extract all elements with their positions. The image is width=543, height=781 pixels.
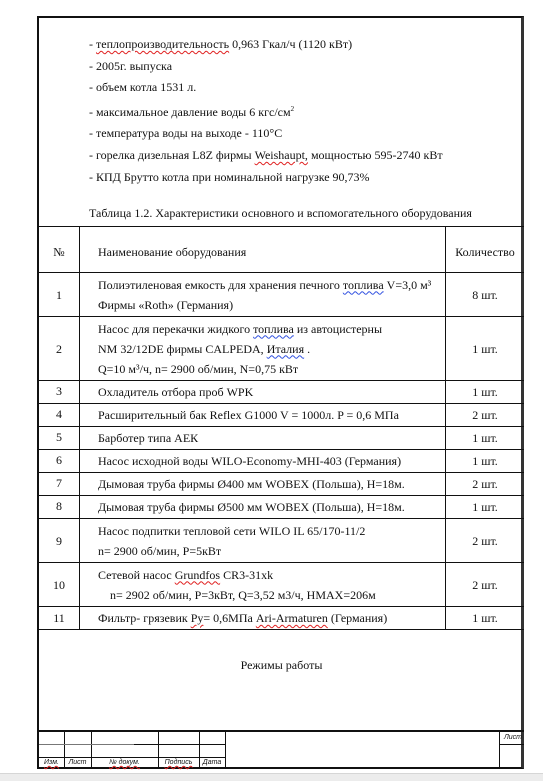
cell-quantity: 8 шт.: [446, 273, 525, 317]
bullet-dash: -: [89, 170, 96, 184]
bullet-dash: -: [89, 148, 96, 162]
cell-quantity: 2 шт.: [446, 563, 525, 607]
stamp-line: [39, 757, 225, 758]
table-header-row: № Наименование оборудования Количество: [39, 227, 524, 273]
cell-quantity: 1 шт.: [446, 381, 525, 404]
spec-text: 0,963 Гкал/ч (1120 кВт): [229, 37, 352, 51]
cell-equipment-name: Охладитель отбора проб WPK: [80, 381, 446, 404]
spec-item: - горелка дизельная L8Z фирмы Weishaupt,…: [89, 145, 443, 167]
table-caption: Таблица 1.2. Характеристики основного и …: [89, 206, 472, 221]
misspelled-word: Ari-Armaturen: [256, 611, 328, 625]
stamp-line: [499, 744, 524, 745]
bullet-dash: -: [89, 80, 96, 94]
stamp-label-doc-number: № докум.: [91, 759, 158, 766]
bullet-dash: -: [89, 59, 96, 73]
misspelled-word: Ру: [191, 611, 204, 625]
stamp-line: [39, 744, 134, 745]
cell-equipment-name: Дымовая труба фирмы Ø500 мм WOBEX (Польш…: [80, 496, 446, 519]
equipment-name-line: Сетевой насос Grundfos CR3-31xk: [98, 565, 445, 585]
cell-number: 11: [39, 607, 80, 630]
spec-text: объем котла 1531 л.: [96, 80, 196, 94]
stamp-sheet-number-label: Лист: [504, 734, 522, 741]
stamp-label-date: Дата: [199, 759, 225, 766]
stamp-label-change: Изм.: [39, 759, 64, 766]
spec-item: - 2005г. выпуска: [89, 56, 443, 78]
misspelled-word: Италия: [267, 342, 304, 356]
equipment-name-line: Фильтр- грязевик Ру= 0,6МПа Ari-Armature…: [98, 608, 445, 628]
cell-number: 4: [39, 404, 80, 427]
spec-item: - максимальное давление воды 6 кгс/см2: [89, 99, 443, 124]
superscript: 2: [291, 105, 295, 113]
boiler-specs-list: - теплопроизводительность 0,963 Гкал/ч (…: [89, 34, 443, 188]
cell-quantity: 1 шт.: [446, 427, 525, 450]
cell-number: 1: [39, 273, 80, 317]
header-name: Наименование оборудования: [80, 227, 446, 273]
cell-quantity: 1 шт.: [446, 317, 525, 381]
equipment-name-line: Насос подпитки тепловой сети WILO IL 65/…: [98, 521, 445, 541]
misspelled-word: топлива: [343, 278, 384, 292]
equipment-name-line: Насос для перекачки жидкого топлива из а…: [98, 319, 445, 339]
title-block: Изм. Лист № докум. Подпись Дата Лист: [39, 730, 524, 769]
cell-number: 3: [39, 381, 80, 404]
cell-equipment-name: Расширительный бак Reflex G1000 V = 1000…: [80, 404, 446, 427]
cell-number: 2: [39, 317, 80, 381]
table-row: 4Расширительный бак Reflex G1000 V = 100…: [39, 404, 524, 427]
cell-equipment-name: Насос исходной воды WILO-Economy-MHI-403…: [80, 450, 446, 473]
table-row: 6Насос исходной воды WILO-Economy-MHI-40…: [39, 450, 524, 473]
equipment-name-line: Дымовая труба фирмы Ø400 мм WOBEX (Польш…: [98, 474, 445, 494]
spec-item: - теплопроизводительность 0,963 Гкал/ч (…: [89, 34, 443, 56]
bullet-dash: -: [89, 105, 96, 119]
cell-number: 5: [39, 427, 80, 450]
cell-number: 9: [39, 519, 80, 563]
equipment-name-line: Расширительный бак Reflex G1000 V = 1000…: [98, 405, 445, 425]
cell-quantity: 1 шт.: [446, 496, 525, 519]
stamp-label-signature: Подпись: [158, 759, 199, 766]
equipment-table: № Наименование оборудования Количество 1…: [39, 226, 524, 630]
cell-equipment-name: Насос подпитки тепловой сети WILO IL 65/…: [80, 519, 446, 563]
table-row: 10Сетевой насос Grundfos CR3-31xkn= 2902…: [39, 563, 524, 607]
misspelled-word: топлива: [253, 322, 294, 336]
cell-number: 6: [39, 450, 80, 473]
equipment-name-line: Охладитель отбора проб WPK: [98, 382, 445, 402]
spec-text: КПД Брутто котла при номинальной нагрузк…: [96, 170, 370, 184]
stamp-col: [225, 732, 500, 769]
bullet-dash: -: [89, 126, 96, 140]
table-row: 1Полиэтиленовая емкость для хранения печ…: [39, 273, 524, 317]
cell-number: 7: [39, 473, 80, 496]
cell-quantity: 2 шт.: [446, 519, 525, 563]
bullet-dash: -: [89, 37, 96, 51]
stamp-label-sheet: Лист: [64, 759, 91, 766]
spec-text: максимальное давление воды 6 кгс/см: [96, 105, 291, 119]
cell-quantity: 2 шт.: [446, 404, 525, 427]
page-bottom-strip: [0, 773, 543, 781]
cell-quantity: 1 шт.: [446, 450, 525, 473]
cell-equipment-name: Полиэтиленовая емкость для хранения печн…: [80, 273, 446, 317]
header-number: №: [39, 227, 80, 273]
equipment-name-line: Барботер типа АЕК: [98, 428, 445, 448]
equipment-name-line: Фирмы «Roth» (Германия): [98, 295, 445, 315]
spec-text: 2005г. выпуска: [96, 59, 172, 73]
table-row: 5Барботер типа АЕК1 шт.: [39, 427, 524, 450]
equipment-name-line: Насос исходной воды WILO-Economy-MHI-403…: [98, 451, 445, 471]
spec-item: - объем котла 1531 л.: [89, 77, 443, 99]
cell-number: 10: [39, 563, 80, 607]
drawing-frame: - теплопроизводительность 0,963 Гкал/ч (…: [37, 16, 524, 769]
spec-text-misspelled: теплопроизводительность: [96, 37, 229, 51]
section-title: Режимы работы: [39, 658, 524, 673]
equipment-name-line: n= 2900 об/мин, P=5кВт: [98, 541, 445, 561]
cell-equipment-name: Дымовая труба фирмы Ø400 мм WOBEX (Польш…: [80, 473, 446, 496]
cell-equipment-name: Насос для перекачки жидкого топлива из а…: [80, 317, 446, 381]
equipment-name-line: n= 2902 об/мин, P=3кВт, Q=3,52 м3/ч, HMA…: [98, 585, 445, 605]
stamp-line: [134, 744, 225, 745]
spec-text: мощностью 595-2740 кВт: [308, 148, 443, 162]
table-row: 2Насос для перекачки жидкого топлива из …: [39, 317, 524, 381]
equipment-name-line: NM 32/12DE фирмы CALPEDA, Италия .: [98, 339, 445, 359]
table-row: 9Насос подпитки тепловой сети WILO IL 65…: [39, 519, 524, 563]
cell-quantity: 1 шт.: [446, 607, 525, 630]
header-quantity: Количество: [446, 227, 525, 273]
spec-text: температура воды на выходе - 110°С: [96, 126, 282, 140]
spec-item: - температура воды на выходе - 110°С: [89, 123, 443, 145]
table-row: 3Охладитель отбора проб WPK1 шт.: [39, 381, 524, 404]
equipment-name-line: Полиэтиленовая емкость для хранения печн…: [98, 275, 445, 295]
cell-quantity: 2 шт.: [446, 473, 525, 496]
misspelled-word: Grundfos: [175, 568, 220, 582]
equipment-name-line: Дымовая труба фирмы Ø500 мм WOBEX (Польш…: [98, 497, 445, 517]
equipment-name-line: Q=10 м³/ч, n= 2900 об/мин, N=0,75 кВт: [98, 359, 445, 379]
table-row: 11Фильтр- грязевик Ру= 0,6МПа Ari-Armatu…: [39, 607, 524, 630]
cell-equipment-name: Сетевой насос Grundfos CR3-31xkn= 2902 о…: [80, 563, 446, 607]
cell-equipment-name: Фильтр- грязевик Ру= 0,6МПа Ari-Armature…: [80, 607, 446, 630]
table-row: 7Дымовая труба фирмы Ø400 мм WOBEX (Поль…: [39, 473, 524, 496]
spec-item: - КПД Брутто котла при номинальной нагру…: [89, 167, 443, 189]
spec-text: горелка дизельная L8Z фирмы: [96, 148, 255, 162]
cell-equipment-name: Барботер типа АЕК: [80, 427, 446, 450]
table-row: 8Дымовая труба фирмы Ø500 мм WOBEX (Поль…: [39, 496, 524, 519]
cell-number: 8: [39, 496, 80, 519]
spec-text-misspelled: Weishaupt,: [255, 148, 308, 162]
